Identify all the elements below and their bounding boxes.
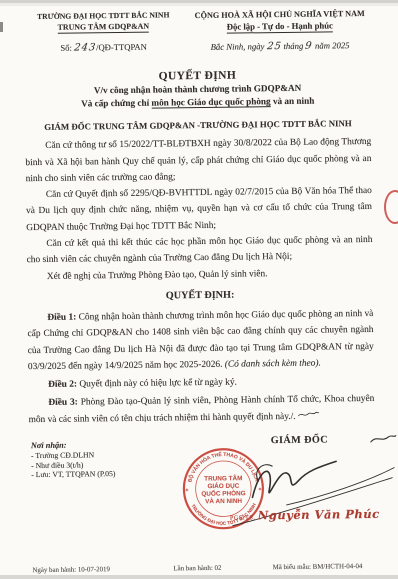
- title-block: QUYẾT ĐỊNH V/v công nhận hoàn thành chươ…: [24, 67, 370, 110]
- signer-degree: PGS.TS.: [230, 514, 256, 521]
- article-2: Điều 2: Quyết định này có hiệu lực kể từ…: [28, 373, 374, 394]
- org-name: TRUNG TÂM GDQP&AN: [24, 20, 183, 33]
- star-icon: ✶: [185, 488, 189, 494]
- national-motto: Độc lập - Tự do - Hạnh phúc: [190, 19, 370, 34]
- preamble: Căn cứ thông tư số 15/2022/TT-BLĐTBXH ng…: [25, 134, 373, 285]
- article-1: Điều 1: Công nhận hoàn thành chương trìn…: [27, 306, 374, 375]
- handwritten-day: 25: [266, 39, 283, 56]
- issuing-authority-line: GIÁM ĐỐC TRUNG TÂM GDQP&AN -TRƯỜNG ĐẠI H…: [25, 117, 371, 134]
- handwritten-mark: [298, 409, 320, 418]
- signer-name-line: PGS.TS. Nguyễn Văn Phúc: [210, 506, 398, 528]
- footer-form-code: Mã biểu mẫu: BM/HCTH-04-04: [244, 562, 376, 573]
- red-arc-artifact: [384, 190, 398, 224]
- document-content: TRƯỜNG ĐẠI HỌC TDTT BẮC NINH TRUNG TÂM G…: [24, 8, 377, 577]
- form-footer: Ngày ban hành: 10-07-2019 Lần ban hành: …: [32, 562, 376, 575]
- document-header: TRƯỜNG ĐẠI HỌC TDTT BẮC NINH TRUNG TÂM G…: [24, 8, 371, 59]
- scan-edge-left-mark: [0, 22, 3, 32]
- signer-name: Nguyễn Văn Phúc: [258, 507, 380, 522]
- scan-edge-top-faint: [0, 3, 398, 6]
- preamble-paragraph: Căn cứ thông tư số 15/2022/TT-BLĐTBXH ng…: [25, 134, 372, 187]
- recipients-block: Nơi nhận: - Trường CĐ.DLHN - Như điều 3(…: [31, 439, 116, 480]
- decision-heading: QUYẾT ĐỊNH:: [27, 286, 373, 306]
- handwritten-month: 9: [304, 39, 313, 55]
- issuing-org-block: TRƯỜNG ĐẠI HỌC TDTT BẮC NINH TRUNG TÂM G…: [24, 10, 184, 57]
- national-motto-block: CỘNG HOÀ XÃ HỘI CHỦ NGHĨA VIỆT NAM Độc l…: [190, 8, 370, 56]
- signature-section: Nơi nhận: - Trường CĐ.DLHN - Như điều 3(…: [29, 432, 377, 562]
- preamble-paragraph: Căn cứ kết quả thi kết thúc các học phần…: [26, 232, 372, 269]
- recipient-item: - Lưu: VT, TTQPAN (P.05): [31, 469, 115, 480]
- articles: Điều 1: Công nhận hoàn thành chương trìn…: [27, 306, 374, 428]
- handwritten-number: 243: [73, 40, 97, 57]
- document-number: Số: 243/QĐ-TTQPAN: [24, 38, 183, 57]
- footer-issued-date: Ngày ban hành: 10-07-2019: [32, 565, 150, 575]
- article-3: Điều 3: Phòng Đào tạo-Quản lý sinh viên,…: [28, 391, 374, 428]
- place-date-line: Bắc Ninh, ngày 25 tháng 9 năm 2025: [190, 37, 370, 56]
- scanned-document-page: TRƯỜNG ĐẠI HỌC TDTT BẮC NINH TRUNG TÂM G…: [0, 0, 398, 579]
- preamble-paragraph: Xét đề nghị của Trưởng Phòng Đào tạo, Qu…: [27, 265, 373, 286]
- footer-issue-number: Lần ban hành: 02: [150, 563, 244, 573]
- preamble-paragraph: Căn cứ Quyết định số 2295/QĐ-BVHTTDL ngà…: [26, 183, 373, 236]
